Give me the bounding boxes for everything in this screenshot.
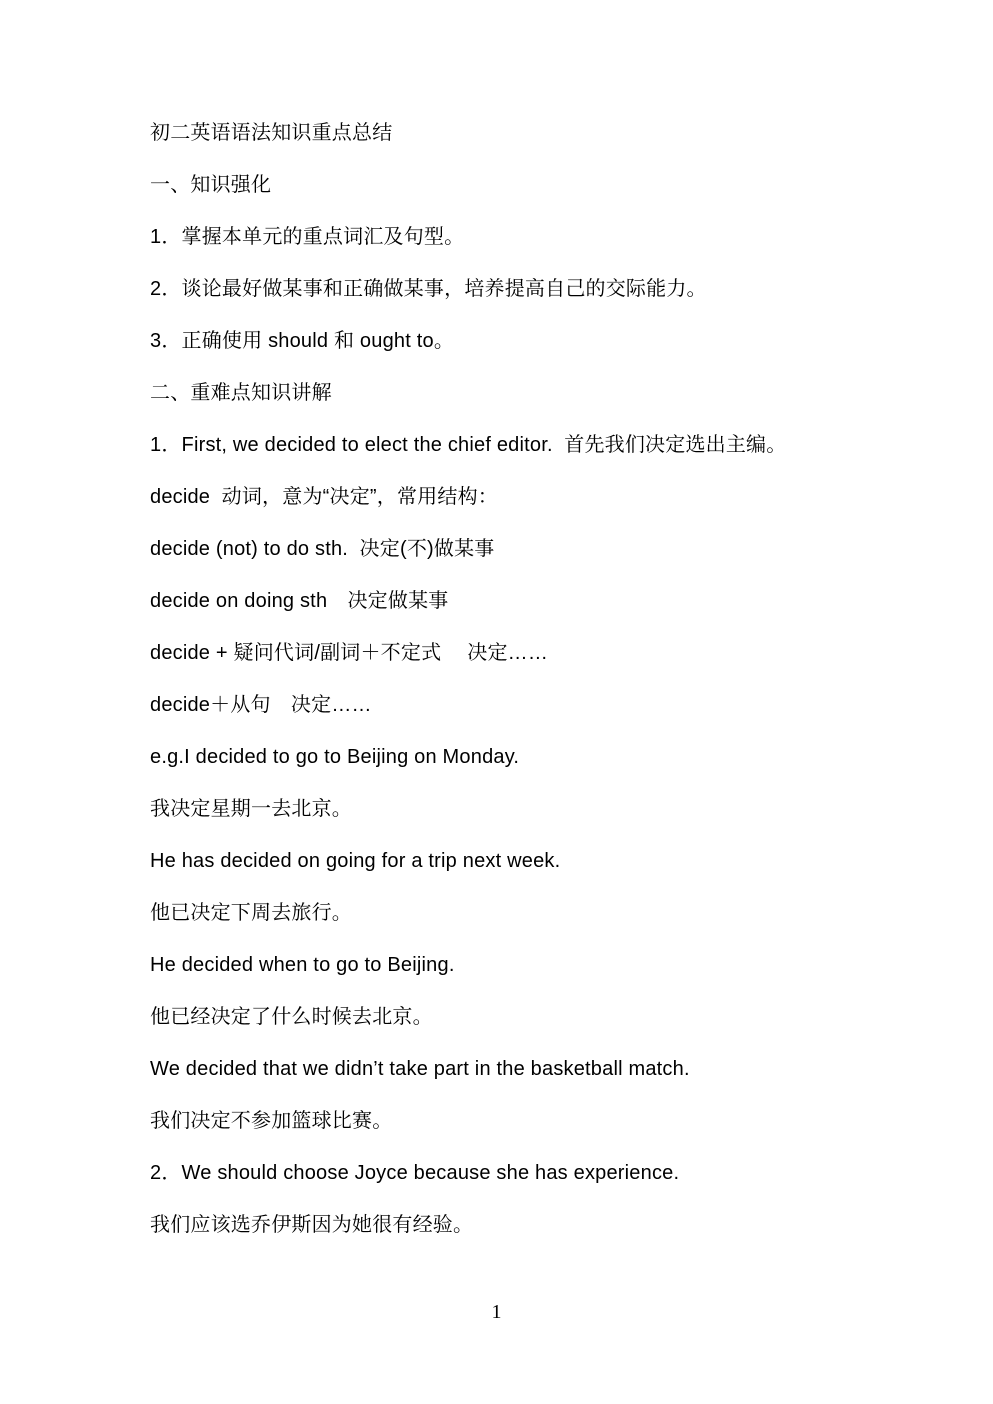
point-2-translation: 我们应该选乔伊斯因为她很有经验。	[150, 1199, 940, 1251]
example-sentence-en-4: We decided that we didn’t take part in t…	[150, 1043, 940, 1095]
objective-item-3: 3．正确使用 should 和 ought to。	[150, 315, 940, 367]
example-sentence-en-3: He decided when to go to Beijing.	[150, 939, 940, 991]
example-sentence-en-2: He has decided on going for a trip next …	[150, 835, 940, 887]
document-title: 初二英语语法知识重点总结	[150, 107, 940, 159]
objective-item-1: 1．掌握本单元的重点词汇及句型。	[150, 211, 940, 263]
heading-key-difficult-points: 二、重难点知识讲解	[150, 367, 940, 419]
example-sentence-zh-3: 他已经决定了什么时候去北京。	[150, 991, 940, 1043]
example-sentence-zh-4: 我们决定不参加篮球比赛。	[150, 1095, 940, 1147]
decide-pattern-1: decide (not) to do sth. 决定(不)做某事	[150, 523, 940, 575]
objective-item-2: 2．谈论最好做某事和正确做某事，培养提高自己的交际能力。	[150, 263, 940, 315]
example-sentence-zh-2: 他已决定下周去旅行。	[150, 887, 940, 939]
point-2-sentence: 2．We should choose Joyce because she has…	[150, 1147, 940, 1199]
document-page: 初二英语语法知识重点总结 一、知识强化 1．掌握本单元的重点词汇及句型。 2．谈…	[0, 0, 993, 1404]
decide-definition: decide 动词，意为“决定”，常用结构：	[150, 471, 940, 523]
example-sentence-zh-1: 我决定星期一去北京。	[150, 783, 940, 835]
point-1-sentence: 1．First, we decided to elect the chief e…	[150, 419, 940, 471]
page-number: 1	[0, 1286, 993, 1338]
decide-pattern-2: decide on doing sth 决定做某事	[150, 575, 940, 627]
decide-pattern-3: decide + 疑问代词/副词＋不定式 决定……	[150, 627, 940, 679]
heading-knowledge-reinforcement: 一、知识强化	[150, 159, 940, 211]
decide-pattern-4: decide＋从句 决定……	[150, 679, 940, 731]
document-body: 初二英语语法知识重点总结 一、知识强化 1．掌握本单元的重点词汇及句型。 2．谈…	[150, 107, 940, 1251]
example-sentence-en-1: e.g.I decided to go to Beijing on Monday…	[150, 731, 940, 783]
